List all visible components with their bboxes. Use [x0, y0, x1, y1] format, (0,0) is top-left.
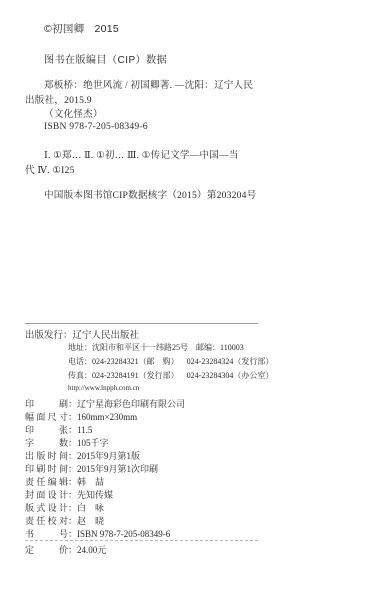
postcode-value: 110003	[220, 343, 244, 352]
row-value: 24.00元	[77, 545, 106, 555]
row-label: 印刷时间	[25, 462, 68, 475]
row-value: 160mm×230mm	[77, 412, 137, 422]
row-value: 105千字	[77, 438, 109, 448]
cip-classification: Ⅰ. ①郑… Ⅱ. ①初… Ⅲ. ①传记文学—中国—当	[44, 147, 239, 161]
imprint-fax: 传真：024-23284191（发行部）024-23284304（办公室）	[68, 370, 273, 381]
imprint-label: 出版发行：	[25, 331, 73, 341]
imprint-address: 地址：沈阳市和平区十一纬路25号邮编：110003	[68, 342, 244, 353]
publisher-url[interactable]: http://www.lnpph.com.cn	[68, 384, 139, 392]
imprint-phone: 电话：024-23284321（邮 购）024-23284324（发行部）	[68, 356, 273, 367]
postcode-label: 邮编：	[196, 343, 220, 352]
row-value: 辽宁星海彩色印刷有限公司	[77, 399, 185, 409]
row-label: 定价	[25, 543, 68, 556]
imprint-row-print-date: 印刷时间：2015年9月第1次印刷	[25, 462, 158, 475]
imprint-row-proofreader: 责任校对：赵 晓	[25, 514, 104, 527]
divider-top	[25, 323, 258, 324]
row-label: 责任编辑	[25, 475, 68, 488]
row-value: ISBN 978-7-205-08349-6	[77, 529, 170, 539]
fax-label: 传真：	[68, 371, 92, 380]
imprint-row-layout-design: 版式设计：白 咏	[25, 501, 104, 514]
imprint-row-cover-design: 封面设计：先知传媒	[25, 488, 113, 501]
row-label: 印张	[25, 423, 68, 436]
imprint-row-isbn: 书号：ISBN 978-7-205-08349-6	[25, 527, 170, 540]
address-value: 沈阳市和平区十一纬路25号	[92, 343, 188, 352]
row-value: 11.5	[77, 425, 92, 435]
copyright-line: ©初国卿2015	[44, 21, 119, 36]
imprint-row-sheets: 印张：11.5	[25, 423, 92, 436]
colon: ：	[68, 412, 77, 422]
cip-title: 图书在版编目（CIP）数据	[44, 51, 167, 66]
cip-classification: 代 Ⅳ. ①I25	[25, 162, 75, 176]
imprint-row-printer: 印刷：辽宁星海彩色印刷有限公司	[25, 397, 185, 410]
colon: ：	[68, 490, 77, 500]
cip-line: 郑板桥：绝世风流 / 初国卿著. —沈阳：辽宁人民	[44, 77, 253, 91]
imprint-publisher: 出版发行：辽宁人民出版社	[25, 327, 139, 341]
row-label: 版式设计	[25, 501, 68, 514]
row-label: 字数	[25, 436, 68, 449]
row-value: 赵 晓	[77, 516, 104, 526]
fax-value: 024-23284304（办公室）	[187, 371, 274, 380]
colon: ：	[68, 425, 77, 435]
address-label: 地址：	[68, 343, 92, 352]
row-value: 白 咏	[77, 503, 104, 513]
colon: ：	[68, 503, 77, 513]
row-value: 先知传媒	[77, 490, 113, 500]
imprint-value: 辽宁人民出版社	[73, 331, 140, 341]
row-label: 印刷	[25, 397, 68, 410]
cip-record-number: 中国版本图书馆CIP数据核字（2015）第203204号	[44, 187, 256, 201]
row-value: 韩 喆	[77, 477, 104, 487]
colon: ：	[68, 477, 77, 487]
copyright-symbol: ©	[44, 23, 52, 35]
imprint-row-price: 定价：24.00元	[25, 543, 106, 556]
row-value: 2015年9月第1次印刷	[77, 464, 158, 474]
colon: ：	[68, 516, 77, 526]
colon: ：	[68, 464, 77, 474]
divider-bottom	[25, 540, 258, 541]
imprint-row-word-count: 字数：105千字	[25, 436, 109, 449]
colon: ：	[68, 438, 77, 448]
imprint-row-format: 幅面尺寸：160mm×230mm	[25, 410, 137, 423]
row-label: 责任校对	[25, 514, 68, 527]
colon: ：	[68, 399, 77, 409]
phone-value: 024-23284321（邮 购）	[92, 357, 179, 366]
colon: ：	[68, 529, 77, 539]
row-label: 书号	[25, 527, 68, 540]
row-value: 2015年9月第1版	[77, 451, 140, 461]
cip-isbn: ISBN 978-7-205-08349-6	[44, 121, 148, 132]
row-label: 出版时间	[25, 449, 68, 462]
imprint-row-editor: 责任编辑：韩 喆	[25, 475, 104, 488]
phone-label: 电话：	[68, 357, 92, 366]
row-label: 封面设计	[25, 488, 68, 501]
phone-value: 024-23284324（发行部）	[187, 357, 274, 366]
row-label: 幅面尺寸	[25, 410, 68, 423]
cip-line: （文化怪杰）	[44, 106, 103, 120]
copyright-year: 2015	[94, 23, 119, 35]
imprint-row-publish-date: 出版时间：2015年9月第1版	[25, 449, 140, 462]
fax-value: 024-23284191（发行部）	[92, 371, 179, 380]
cip-line: 出版社，2015.9	[25, 92, 92, 106]
copyright-holder: 初国卿	[52, 23, 84, 35]
colon: ：	[68, 545, 77, 555]
colon: ：	[68, 451, 77, 461]
